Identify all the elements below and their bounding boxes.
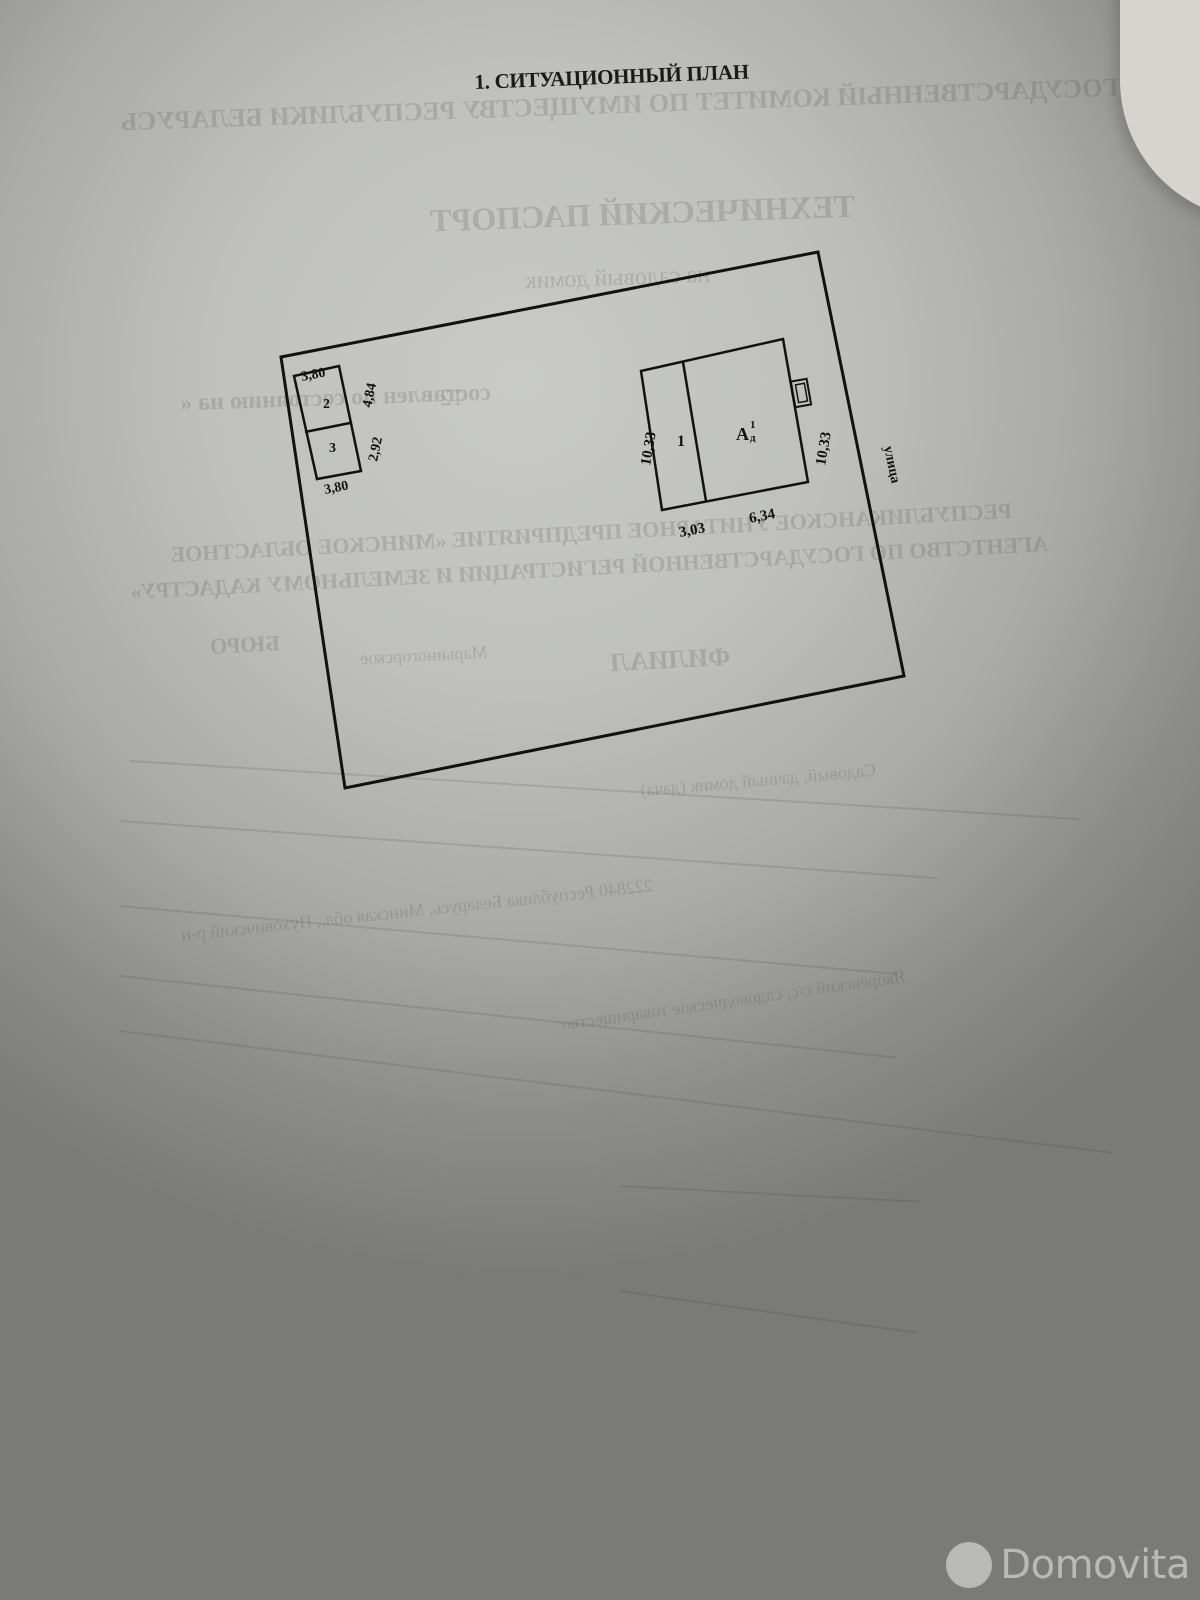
house-main-superscript: 1 [750, 419, 756, 431]
plot-boundary [281, 252, 904, 788]
watermark: Domovita [946, 1542, 1190, 1588]
room-2-length: 4,84 [360, 382, 380, 409]
domovita-logo-icon [946, 1542, 992, 1588]
house: 1 А 1 д 10,33 10,33 3,03 6,34 [638, 339, 835, 541]
situational-plan: 3,80 2 3 4,84 2,92 3,80 1 А 1 д 10,33 10… [0, 0, 1200, 1600]
room-2-label: 2 [323, 397, 330, 412]
room-3-label: 3 [329, 441, 336, 456]
house-main-subscript: д [750, 432, 756, 444]
house-left-length: 10,33 [638, 431, 660, 467]
room-3-length: 2,92 [366, 436, 386, 463]
outbuilding: 3,80 2 3 4,84 2,92 3,80 [294, 366, 386, 498]
house-right-length: 10,33 [813, 431, 835, 467]
street-label: улица [880, 445, 902, 485]
house-bottom-left-width: 3,03 [678, 520, 707, 541]
house-main-label: А [736, 424, 749, 444]
outbuilding-top-width: 3,80 [300, 366, 327, 385]
house-bottom-right-width: 6,34 [748, 506, 777, 527]
watermark-brand: Domovita [1000, 1542, 1190, 1588]
document-page: ГОСУДАРСТВЕННЫЙ КОМИТЕТ ПО ИМУЩЕСТВУ РЕС… [0, 0, 1200, 1600]
outbuilding-bottom-width: 3,80 [323, 479, 350, 498]
room-1-label: 1 [677, 433, 685, 450]
